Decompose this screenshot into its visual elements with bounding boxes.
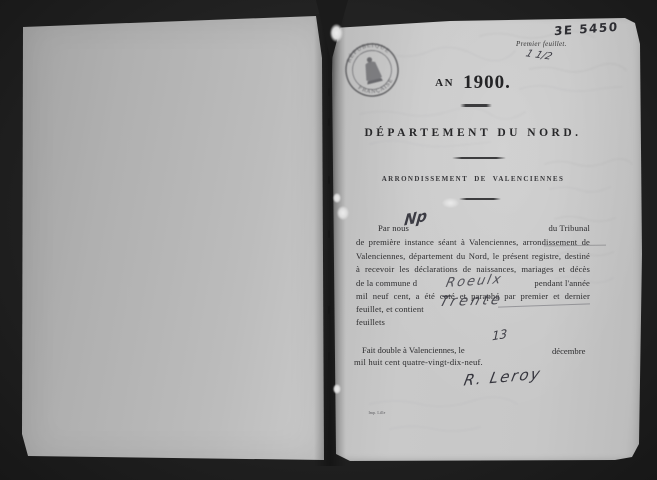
binding-stitch (328, 176, 330, 184)
year-title: AN1900. (356, 72, 590, 94)
binding-stitch (328, 88, 330, 96)
left-blank-page (18, 14, 326, 466)
register-book-scan: RÉPUBLIQUE FRANÇAISE 3E 5450 Premier feu… (0, 0, 657, 480)
body-line-1: Par nous du Tribunal (356, 223, 590, 234)
printer-imprint: Imp. Lille (368, 410, 385, 415)
arrondissement-heading: ARRONDISSEMENT DE VALENCIENNES (356, 175, 590, 183)
binding-stitch (328, 118, 330, 126)
year-value: 1900. (463, 72, 511, 93)
body-line-8: feuillets (356, 317, 590, 328)
year-prefix: AN (435, 77, 454, 89)
closing-line-2: mil huit cent quatre-vingt-dix-neuf. (354, 357, 483, 367)
ornament-rule (452, 157, 506, 159)
handwritten-folio-count: Trente (438, 292, 505, 310)
binding-stitch (328, 352, 330, 360)
closing-month: décembre (552, 346, 585, 356)
ornament-rule (460, 104, 492, 107)
binding-stitch (328, 230, 330, 238)
sheet-label: Premier feuillet. (516, 40, 567, 48)
body-line-5-left: de la commune d (356, 278, 417, 289)
department-heading: DÉPARTEMENT DU NORD. (356, 127, 590, 139)
binding-stitch (328, 306, 330, 314)
right-title-page: RÉPUBLIQUE FRANÇAISE 3E 5450 Premier feu… (330, 14, 645, 466)
body-line-1-right: du Tribunal (548, 223, 590, 234)
ornament-rule (459, 198, 501, 200)
closing-line-left: Fait double à Valenciennes, le (362, 345, 465, 355)
handwritten-day: 13 (492, 327, 508, 344)
body-line-5-right: pendant l'année (534, 278, 590, 289)
